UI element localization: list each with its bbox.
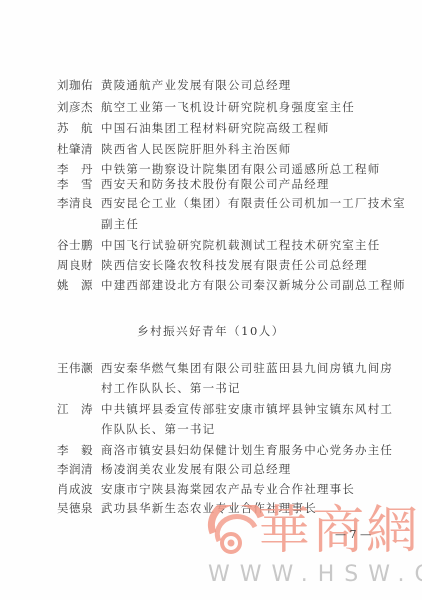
person-title: 中铁第一勘察设计院集团有限公司遥感所总工程师 [101,162,380,176]
person-name: 李 丹 [57,162,101,176]
person-title: 航空工业第一飞机设计研究院机身强度室主任 [101,100,355,114]
person-title: 中国飞行试验研究院机载测试工程技术研究室主任 [101,238,380,252]
person-name: 肖成波 [57,482,101,496]
person-title: 中共镇坪县委宣传部驻安康市镇坪县钟宝镇东风村工 [101,402,393,416]
person-title: 杨凌润美农业发展有限公司总经理 [101,462,292,476]
person-name: 李 毅 [57,443,101,457]
person-name: 姚 源 [57,278,101,292]
watermark-url: WWW.HSW.CN [208,562,422,587]
person-name: 刘彦杰 [57,100,101,114]
person-name: 李 雪 [57,177,101,191]
person-title-continued: 作队队长、第一书记 [101,422,215,436]
person-title: 陕西信安长隆农牧科技发展有限责任公司总经理 [101,258,368,272]
person-title: 西安秦华燃气集团有限公司驻蓝田县九间房镇九间房 [101,361,393,375]
person-title: 商洛市镇安县妇幼保健计划生育服务中心党务办主任 [101,443,393,457]
person-name: 李清良 [57,196,101,210]
person-name: 王伟灏 [57,361,101,375]
person-title-continued: 村工作队队长、第一书记 [101,381,241,395]
section-heading: 乡村振兴好青年（10人） [0,323,422,339]
person-name: 苏 航 [57,121,101,135]
person-title: 陕西省人民医院肝胆外科主治医师 [101,142,292,156]
person-title: 武功县华新生态农业专业合作社理事长 [101,501,317,515]
person-name: 吴德泉 [57,501,101,515]
person-name: 周良财 [57,258,101,272]
person-name: 刘珈佑 [57,78,101,92]
person-title: 西安昆仑工业（集团）有限责任公司机加一工厂技术室 [101,196,406,210]
person-title: 中国石油集团工程材料研究院高级工程师 [101,121,330,135]
person-title: 中建西部建设北方有限公司秦汉新城分公司副总工程师 [101,278,406,292]
person-title: 西安天和防务技术股份有限公司产品经理 [101,177,330,191]
person-name: 杜肇清 [57,142,101,156]
person-title: 黄陵通航产业发展有限公司总经理 [101,78,292,92]
person-name: 李润清 [57,462,101,476]
watermark-text: 華商網 [258,488,420,563]
person-title-continued: 副主任 [101,217,139,231]
person-name: 谷士鹏 [57,238,101,252]
person-title: 安康市宁陕县海棠园农产品专业合作社理事长 [101,482,355,496]
page-number: — 7 — [335,528,371,541]
person-name: 江 涛 [57,402,101,416]
